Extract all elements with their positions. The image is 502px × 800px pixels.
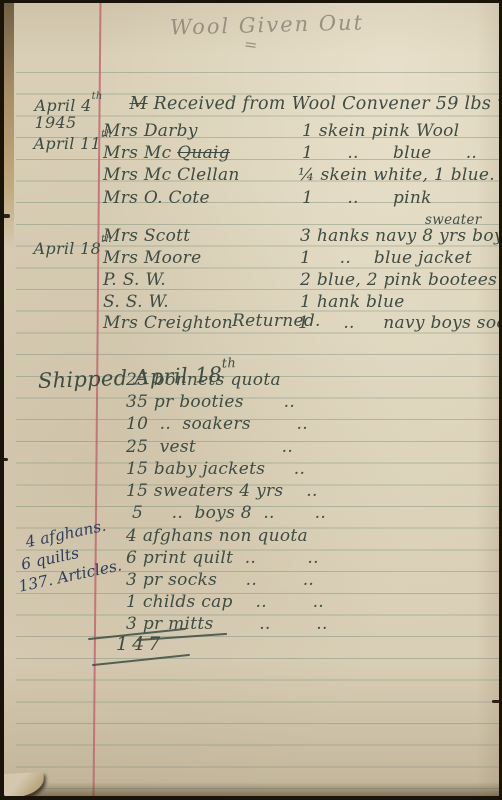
shipped-item: 15 baby jackets .. bbox=[126, 460, 305, 479]
date-text: April 18 bbox=[34, 239, 102, 258]
recipient-name: Mrs Scott bbox=[103, 227, 190, 246]
amount-text: 1 .. navy boys sock bbox=[298, 314, 502, 333]
recipient-name: Mrs Mc Quaig bbox=[103, 144, 230, 163]
shipped-item: 4 afghans non quota bbox=[126, 527, 308, 546]
recipient-name: Mrs Darby bbox=[103, 122, 198, 141]
recipient-name: Mrs Creighton bbox=[103, 314, 233, 333]
sweater-superscript: sweater bbox=[425, 213, 482, 228]
recipient-name: P. S. W. bbox=[103, 271, 166, 290]
bottom-page-shadow bbox=[0, 782, 502, 796]
shipped-item: 10 .. soakers .. bbox=[126, 415, 308, 434]
shipped-item: 1 childs cap .. .. bbox=[126, 593, 324, 612]
recipient-name: S. S. W. bbox=[103, 293, 169, 312]
shipped-item: 25 vest .. bbox=[126, 438, 293, 457]
name-part: Mrs Mc bbox=[103, 143, 177, 163]
name-struck-part: Quaig bbox=[177, 143, 230, 163]
page-edge-nick bbox=[3, 214, 10, 218]
scan-edge-left bbox=[0, 0, 4, 800]
shipped-item: 25 bonnets quota bbox=[126, 371, 281, 390]
recipient-name: Mrs Mc Clellan bbox=[103, 166, 240, 185]
shipped-item: 5 .. boys 8 .. .. bbox=[132, 504, 326, 523]
recipient-name: Mrs O. Cote bbox=[103, 189, 210, 208]
amount-text: 1 skein pink Wool bbox=[302, 122, 459, 141]
amount-text: 1 .. pink bbox=[302, 189, 432, 208]
entry-date-april11: April 11th bbox=[12, 117, 112, 170]
amount-text: 2 blue, 2 pink bootees bbox=[300, 271, 497, 290]
total-value: 147 bbox=[116, 634, 164, 655]
page-title: Wool Given Out bbox=[170, 11, 365, 39]
recipient-name: Mrs Moore bbox=[103, 249, 201, 268]
date-text: April 11 bbox=[34, 134, 102, 153]
amount-text: 1 .. blue jacket bbox=[300, 249, 472, 268]
received-mark: M bbox=[129, 94, 147, 114]
shipped-item: 35 pr booties .. bbox=[126, 393, 295, 412]
amount-text: 1 hank blue bbox=[300, 293, 405, 312]
amount-text: ¼ skein white, 1 blue. bbox=[298, 166, 495, 185]
shipped-item: 3 pr socks .. .. bbox=[126, 571, 314, 590]
scan-edge-top bbox=[0, 0, 502, 3]
title-underline-mark: = bbox=[243, 35, 259, 54]
page-binding-edge bbox=[3, 0, 14, 250]
entry-date-april18: April 18th bbox=[12, 222, 112, 275]
date-superscript: th bbox=[222, 356, 237, 371]
shipped-item: 15 sweaters 4 yrs .. bbox=[126, 482, 318, 501]
date-text: April 4 bbox=[35, 96, 92, 115]
received-text: Received from Wool Convener 59 lbs wool. bbox=[148, 94, 502, 114]
date-superscript: th bbox=[92, 91, 103, 102]
amount-text: 1 .. blue .. bbox=[302, 144, 477, 163]
shipped-item: 6 print quilt .. .. bbox=[126, 549, 319, 568]
margin-note: 4 afghans. 6 quilts 137. Articles. bbox=[8, 514, 124, 597]
amount-text: 3 hanks navy 8 yrs boys bbox=[300, 227, 502, 246]
scan-edge-bottom bbox=[0, 796, 502, 800]
total-rule-below bbox=[92, 654, 190, 666]
ledger-page: Wool Given Out = April 4th 1945 M Receiv… bbox=[0, 0, 502, 800]
